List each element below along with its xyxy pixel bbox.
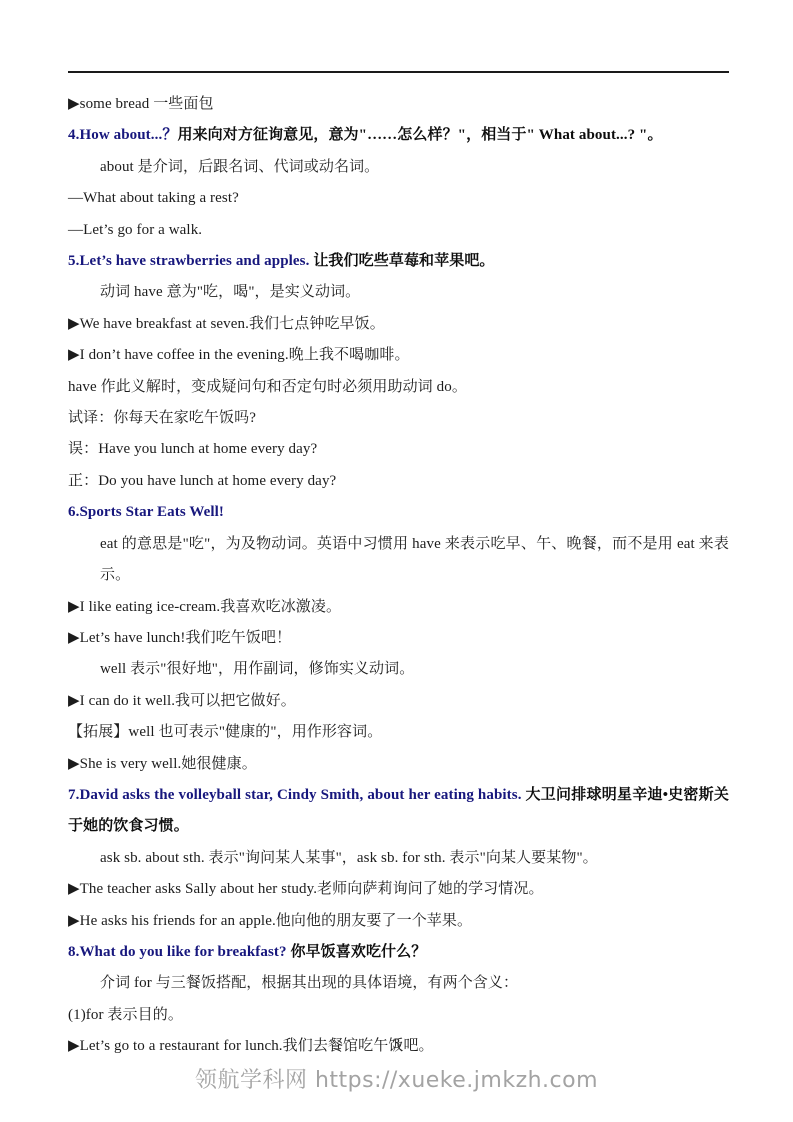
heading-chinese: 用来向对方征询意见，意为"……怎么样？"，相当于" What about...?… (177, 127, 662, 143)
heading-line: 4.How about...？用来向对方征询意见，意为"……怎么样？"，相当于"… (68, 120, 729, 151)
text-line: ▶I don’t have coffee in the evening.晚上我不… (68, 340, 729, 371)
heading-english: 7.David asks the volleyball star, Cindy … (68, 787, 526, 803)
header-rule (68, 71, 729, 73)
text-line: —What about taking a rest? (68, 183, 729, 214)
text-line: ▶I can do it well.我可以把它做好。 (68, 686, 729, 717)
text-line: 正：Do you have lunch at home every day? (68, 466, 729, 497)
document-body: ▶some bread 一些面包4.How about...？用来向对方征询意见… (68, 89, 729, 1063)
text-line: 【拓展】well 也可表示"健康的"，用作形容词。 (68, 717, 729, 748)
text-line: eat 的意思是"吃"，为及物动词。英语中习惯用 have 来表示吃早、午、晚餐… (68, 529, 729, 592)
document-page: ▶some bread 一些面包4.How about...？用来向对方征询意见… (0, 0, 793, 1122)
watermark-text: 领航学科网 https://xueke.jmkzh.com (195, 1068, 598, 1093)
text-line: ▶I like eating ice-cream.我喜欢吃冰激凌。 (68, 592, 729, 623)
heading-chinese: 让我们吃些草莓和苹果吧。 (313, 253, 494, 269)
document-content: ▶some bread 一些面包4.How about...？用来向对方征询意见… (68, 0, 729, 1063)
heading-line: 5.Let’s have strawberries and apples. 让我… (68, 246, 729, 277)
text-line: —Let’s go for a walk. (68, 215, 729, 246)
text-line: 误：Have you lunch at home every day? (68, 434, 729, 465)
text-line: (1)for 表示目的。 (68, 1000, 729, 1031)
heading-english: 6.Sports Star Eats Well! (68, 504, 224, 520)
text-line: ▶She is very well.她很健康。 (68, 749, 729, 780)
page-number: 3 (0, 1036, 793, 1053)
text-line: ▶some bread 一些面包 (68, 89, 729, 120)
text-line: ▶Let’s have lunch!我们吃午饭吧！ (68, 623, 729, 654)
watermark: 领航学科网 https://xueke.jmkzh.com (0, 1063, 793, 1094)
text-line: about 是介词，后跟名词、代词或动名词。 (68, 152, 729, 183)
heading-line: 6.Sports Star Eats Well! (68, 497, 729, 528)
text-line: ▶The teacher asks Sally about her study.… (68, 874, 729, 905)
text-line: well 表示"很好地"，用作副词，修饰实义动词。 (68, 654, 729, 685)
heading-line: 8.What do you like for breakfast? 你早饭喜欢吃… (68, 937, 729, 968)
text-line: ▶He asks his friends for an apple.他向他的朋友… (68, 906, 729, 937)
text-line: 试译：你每天在家吃午饭吗? (68, 403, 729, 434)
heading-line: 7.David asks the volleyball star, Cindy … (68, 780, 729, 843)
heading-english: 4.How about...？ (68, 127, 177, 143)
heading-english: 8.What do you like for breakfast? (68, 944, 290, 960)
heading-chinese: 你早饭喜欢吃什么？ (290, 944, 426, 960)
heading-english: 5.Let’s have strawberries and apples. (68, 253, 313, 269)
text-line: have 作此义解时，变成疑问句和否定句时必须用助动词 do。 (68, 372, 729, 403)
text-line: ask sb. about sth. 表示"询问某人某事"，ask sb. fo… (68, 843, 729, 874)
text-line: 介词 for 与三餐饭搭配，根据其出现的具体语境，有两个含义： (68, 968, 729, 999)
text-line: ▶We have breakfast at seven.我们七点钟吃早饭。 (68, 309, 729, 340)
text-line: 动词 have 意为"吃，喝"，是实义动词。 (68, 277, 729, 308)
